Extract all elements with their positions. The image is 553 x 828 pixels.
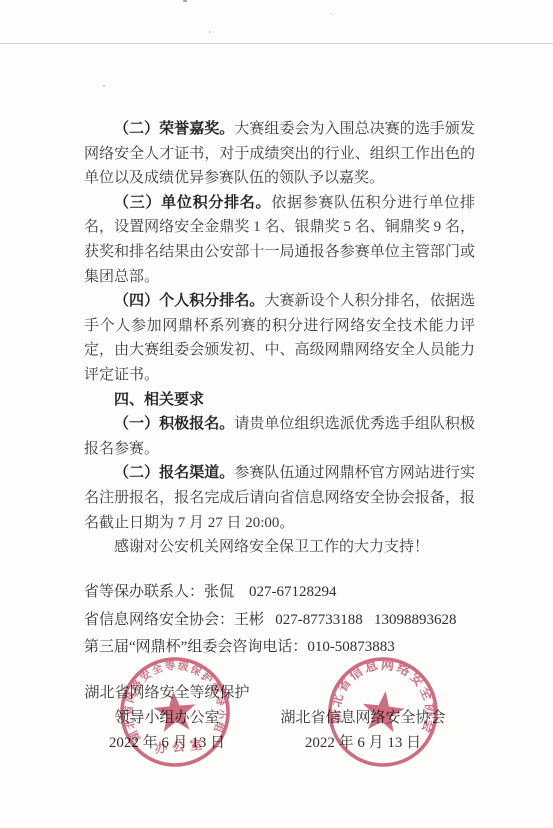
scan-speck (330, 13, 332, 14)
paragraph-lead: （四）个人积分排名。 (114, 293, 264, 309)
contact-line: 省等保办联系人：张侃 027-67128294 (84, 579, 504, 607)
signature-block-left: 湖北省网络安全等级保护领导小组办公室2022 年 6 月 13 日 (83, 681, 251, 756)
contact-line: 省信息网络安全协会：王彬 027-87733188 13098893628 (84, 607, 504, 635)
contact-info: 省等保办联系人：张侃 027-67128294省信息网络安全协会：王彬 027-… (84, 579, 504, 662)
scan-speck (103, 85, 105, 87)
paragraph-lead: 四、相关要求 (114, 392, 204, 408)
paragraph-lead: （二）报名渠道。 (114, 465, 234, 481)
paragraph-lead: （一）积极报名。 (114, 416, 234, 432)
scan-speck (183, 0, 187, 2)
paragraph: 感谢对公安机关网络安全保卫工作的大力支持！ (84, 535, 475, 560)
paragraph-lead: （二）荣誉嘉奖。 (114, 121, 234, 137)
signature-org-line: 湖北省信息网络安全协会 (280, 706, 446, 731)
scanned-document-page: （二）荣誉嘉奖。大赛组委会为入围总决赛的选手颁发网络安全人才证书，对于成绩突出的… (0, 0, 553, 828)
paragraph: （三）单位积分排名。依据参赛队伍积分进行单位排名，设置网络安全金鼎奖 1 名、银… (84, 191, 475, 289)
signature-date: 2022 年 6 月 13 日 (280, 731, 446, 756)
paragraph: （二）荣誉嘉奖。大赛组委会为入围总决赛的选手颁发网络安全人才证书，对于成绩突出的… (84, 117, 475, 191)
signature-date: 2022 年 6 月 13 日 (83, 731, 251, 756)
contact-line: 第三届“网鼎杯”组委会咨询电话：010-50873883 (84, 634, 504, 662)
paragraph: （二）报名渠道。参赛队伍通过网鼎杯官方网站进行实名注册报名，报名完成后请向省信息… (84, 461, 475, 535)
section-heading: 四、相关要求 (84, 388, 475, 413)
scan-speck (209, 31, 211, 33)
paragraph: （一）积极报名。请贵单位组织选派优秀选手组队积极报名参赛。 (84, 412, 475, 461)
document-body: （二）荣誉嘉奖。大赛组委会为入围总决赛的选手颁发网络安全人才证书，对于成绩突出的… (84, 117, 475, 560)
signature-org-line: 湖北省网络安全等级保护 (83, 681, 251, 706)
paragraph-text: 感谢对公安机关网络安全保卫工作的大力支持！ (114, 539, 429, 555)
paragraph: （四）个人积分排名。大赛新设个人积分排名，依据选手个人参加网鼎杯系列赛的积分进行… (84, 289, 475, 387)
signature-org-line: 领导小组办公室 (83, 706, 251, 731)
signature-block-right: 湖北省信息网络安全协会2022 年 6 月 13 日 (280, 706, 446, 756)
paragraph-lead: （三）单位积分排名。 (114, 195, 271, 211)
scan-artifact-line (0, 43, 553, 44)
